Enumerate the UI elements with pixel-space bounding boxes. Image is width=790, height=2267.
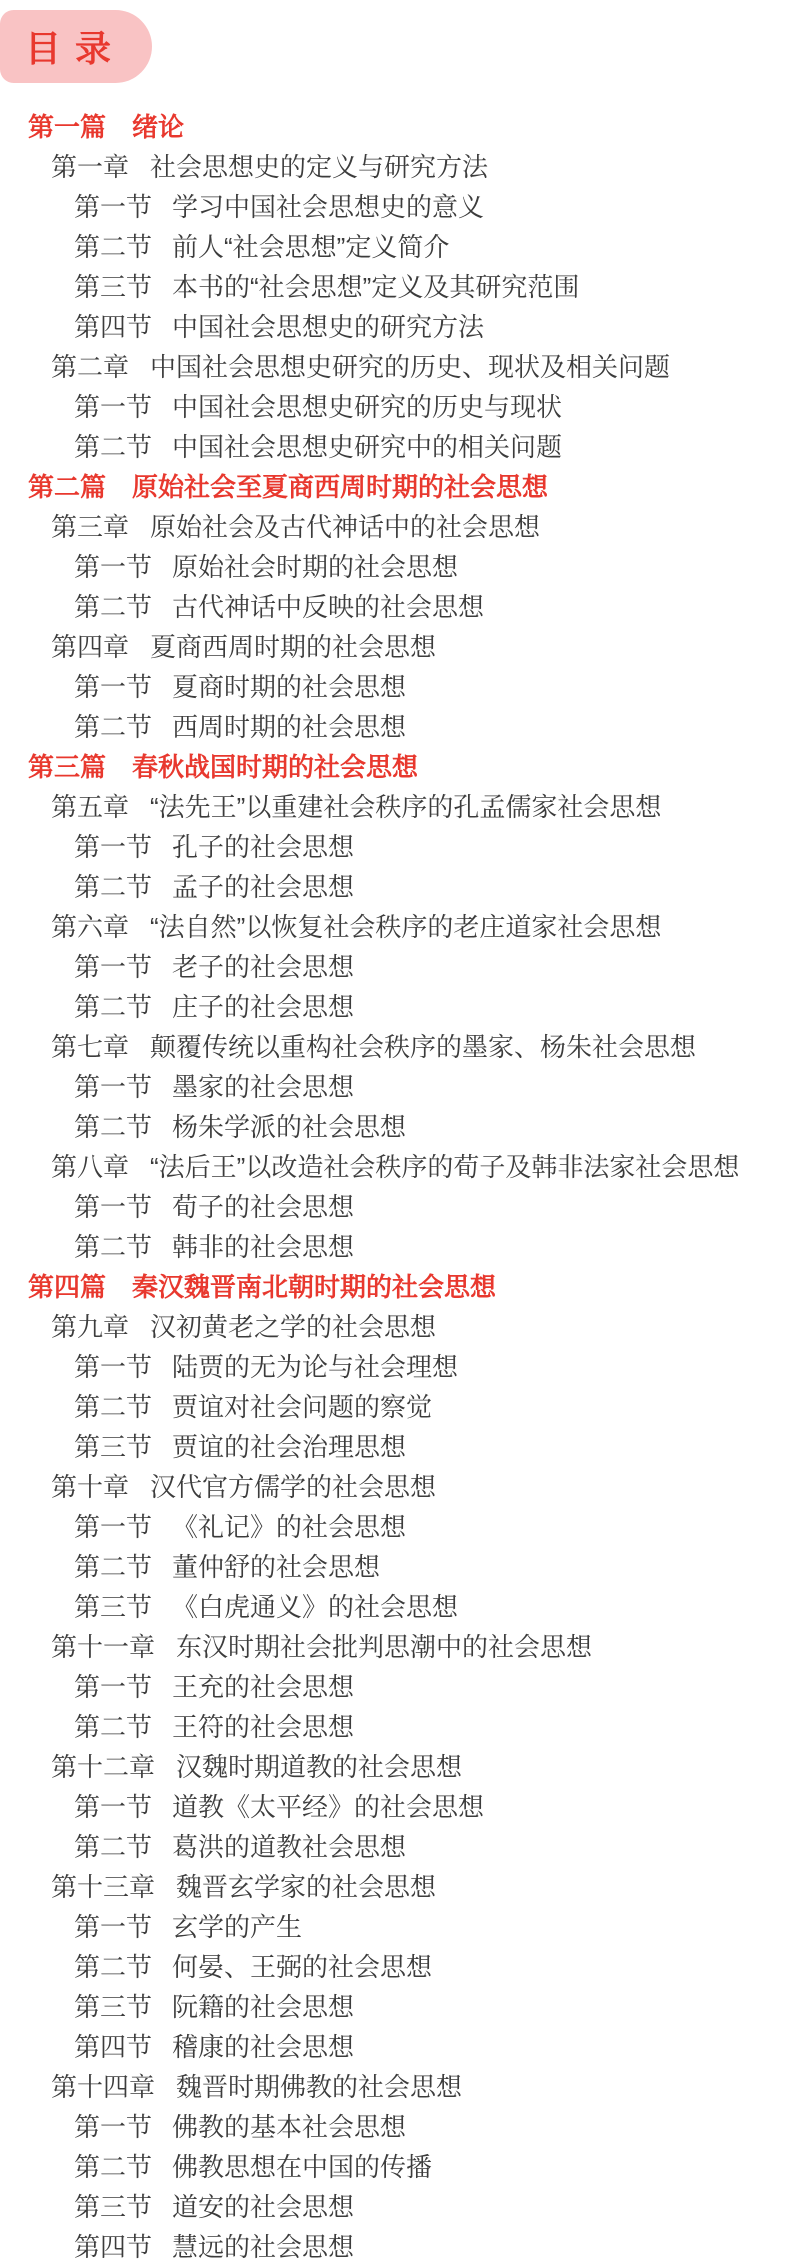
toc-entry-title: 庄子的社会思想: [172, 987, 354, 1027]
toc-entry: 第三节道安的社会思想: [0, 2187, 790, 2227]
toc-entry-title: 绪论: [132, 107, 184, 147]
toc-entry: 第一节玄学的产生: [0, 1907, 790, 1947]
toc-entry-label: 第一节: [74, 1507, 152, 1547]
toc-entry-title: 汉魏时期道教的社会思想: [176, 1747, 462, 1787]
toc-entry-title: 秦汉魏晋南北朝时期的社会思想: [132, 1267, 496, 1307]
toc-entry: 第一节荀子的社会思想: [0, 1187, 790, 1227]
toc-entry-label: 第二节: [74, 867, 152, 907]
toc-entry-title: 《礼记》的社会思想: [172, 1507, 406, 1547]
toc-entry-label: 第二章: [51, 347, 129, 387]
toc-entry: 第二节庄子的社会思想: [0, 987, 790, 1027]
toc-entry: 第四篇秦汉魏晋南北朝时期的社会思想: [0, 1267, 790, 1307]
toc-entry-title: 古代神话中反映的社会思想: [172, 587, 484, 627]
toc-entry-title: 原始社会时期的社会思想: [172, 547, 458, 587]
toc-entry-label: 第九章: [51, 1307, 129, 1347]
toc-entry: 第二节西周时期的社会思想: [0, 707, 790, 747]
toc-entry-label: 第三章: [51, 507, 129, 547]
toc-entry-label: 第二节: [74, 1707, 152, 1747]
toc-header-badge: 目 录: [0, 10, 152, 83]
toc-entry: 第二节韩非的社会思想: [0, 1227, 790, 1267]
toc-entry: 第二节董仲舒的社会思想: [0, 1547, 790, 1587]
toc-entry-label: 第十二章: [51, 1747, 155, 1787]
toc-entry-title: 汉初黄老之学的社会思想: [150, 1307, 436, 1347]
toc-entry: 第十二章汉魏时期道教的社会思想: [0, 1747, 790, 1787]
toc-entry-label: 第四节: [74, 307, 152, 347]
toc-entry-label: 第二节: [74, 2147, 152, 2187]
toc-entry: 第二节贾谊对社会问题的察觉: [0, 1387, 790, 1427]
toc-entry-title: 前人“社会思想”定义简介: [172, 227, 449, 267]
toc-entry: 第三节《白虎通义》的社会思想: [0, 1587, 790, 1627]
toc-entry-title: 原始社会至夏商西周时期的社会思想: [132, 467, 548, 507]
toc-entry-label: 第十四章: [51, 2067, 155, 2107]
toc-entry-title: 魏晋玄学家的社会思想: [176, 1867, 436, 1907]
toc-page: 目 录 第一篇绪论第一章社会思想史的定义与研究方法第一节学习中国社会思想史的意义…: [0, 0, 790, 2267]
toc-entry-label: 第四篇: [28, 1267, 106, 1307]
toc-entry-title: 陆贾的无为论与社会理想: [172, 1347, 458, 1387]
toc-entry: 第二节中国社会思想史研究中的相关问题: [0, 427, 790, 467]
toc-entry-label: 第二节: [74, 427, 152, 467]
toc-entry: 第一节原始社会时期的社会思想: [0, 547, 790, 587]
toc-entry-title: 《白虎通义》的社会思想: [172, 1587, 458, 1627]
toc-entry-title: 董仲舒的社会思想: [172, 1547, 380, 1587]
toc-entry-title: 王充的社会思想: [172, 1667, 354, 1707]
toc-entry-label: 第四章: [51, 627, 129, 667]
toc-entry: 第三章原始社会及古代神话中的社会思想: [0, 507, 790, 547]
toc-entry: 第二节何晏、王弼的社会思想: [0, 1947, 790, 1987]
toc-entry-label: 第一节: [74, 547, 152, 587]
toc-entry-title: 王符的社会思想: [172, 1707, 354, 1747]
toc-entry-label: 第七章: [51, 1027, 129, 1067]
toc-entry-label: 第一节: [74, 947, 152, 987]
toc-entry-label: 第六章: [51, 907, 129, 947]
toc-entry-label: 第一节: [74, 827, 152, 867]
toc-entry: 第七章颠覆传统以重构社会秩序的墨家、杨朱社会思想: [0, 1027, 790, 1067]
toc-entry: 第一节孔子的社会思想: [0, 827, 790, 867]
toc-entry-label: 第一节: [74, 1067, 152, 1107]
toc-entry-title: 学习中国社会思想史的意义: [172, 187, 484, 227]
toc-entry-title: 何晏、王弼的社会思想: [172, 1947, 432, 1987]
toc-entry-title: 老子的社会思想: [172, 947, 354, 987]
toc-entry: 第一节道教《太平经》的社会思想: [0, 1787, 790, 1827]
toc-entry: 第三节本书的“社会思想”定义及其研究范围: [0, 267, 790, 307]
toc-entry-title: 颠覆传统以重构社会秩序的墨家、杨朱社会思想: [150, 1027, 696, 1067]
toc-entry-title: 墨家的社会思想: [172, 1067, 354, 1107]
toc-entry-label: 第一节: [74, 387, 152, 427]
toc-entry-title: 魏晋时期佛教的社会思想: [176, 2067, 462, 2107]
toc-entry-label: 第一章: [51, 147, 129, 187]
toc-entry-label: 第三节: [74, 267, 152, 307]
toc-entry-title: 中国社会思想史研究的历史与现状: [172, 387, 562, 427]
toc-entry-title: 阮籍的社会思想: [172, 1987, 354, 2027]
toc-entry-label: 第一节: [74, 2107, 152, 2147]
toc-entry-title: 夏商西周时期的社会思想: [150, 627, 436, 667]
toc-entry-label: 第三节: [74, 1587, 152, 1627]
toc-entry-label: 第四节: [74, 2227, 152, 2267]
toc-entry-label: 第一节: [74, 1187, 152, 1227]
toc-entry: 第一节王充的社会思想: [0, 1667, 790, 1707]
toc-entry: 第一章社会思想史的定义与研究方法: [0, 147, 790, 187]
toc-entry-label: 第一篇: [28, 107, 106, 147]
toc-entry-label: 第一节: [74, 187, 152, 227]
toc-entry-label: 第一节: [74, 1347, 152, 1387]
toc-entry-label: 第二节: [74, 987, 152, 1027]
toc-entry-label: 第二节: [74, 1227, 152, 1267]
toc-entry-label: 第三节: [74, 1987, 152, 2027]
toc-entry-title: 道安的社会思想: [172, 2187, 354, 2227]
toc-entry-title: 杨朱学派的社会思想: [172, 1107, 406, 1147]
toc-list: 第一篇绪论第一章社会思想史的定义与研究方法第一节学习中国社会思想史的意义第二节前…: [0, 0, 790, 2267]
toc-entry-title: 稽康的社会思想: [172, 2027, 354, 2067]
toc-entry-title: 玄学的产生: [172, 1907, 302, 1947]
toc-entry-title: 孟子的社会思想: [172, 867, 354, 907]
toc-entry: 第一节学习中国社会思想史的意义: [0, 187, 790, 227]
toc-entry-label: 第十章: [51, 1467, 129, 1507]
toc-entry: 第四节慧远的社会思想: [0, 2227, 790, 2267]
toc-entry: 第二节葛洪的道教社会思想: [0, 1827, 790, 1867]
toc-entry: 第一节夏商时期的社会思想: [0, 667, 790, 707]
toc-entry-title: 韩非的社会思想: [172, 1227, 354, 1267]
toc-entry-label: 第十三章: [51, 1867, 155, 1907]
toc-entry-title: 中国社会思想史研究中的相关问题: [172, 427, 562, 467]
toc-entry-label: 第三节: [74, 2187, 152, 2227]
toc-entry-label: 第二节: [74, 1107, 152, 1147]
page-title: 目 录: [25, 21, 113, 72]
toc-entry: 第四节稽康的社会思想: [0, 2027, 790, 2067]
toc-entry: 第十三章魏晋玄学家的社会思想: [0, 1867, 790, 1907]
toc-entry-label: 第二节: [74, 1387, 152, 1427]
toc-entry: 第三节阮籍的社会思想: [0, 1987, 790, 2027]
toc-entry-title: 社会思想史的定义与研究方法: [150, 147, 488, 187]
toc-entry-label: 第三篇: [28, 747, 106, 787]
toc-entry: 第六章“法自然”以恢复社会秩序的老庄道家社会思想: [0, 907, 790, 947]
toc-entry-title: 荀子的社会思想: [172, 1187, 354, 1227]
toc-entry-title: “法先王”以重建社会秩序的孔孟儒家社会思想: [150, 787, 661, 827]
toc-entry: 第一节佛教的基本社会思想: [0, 2107, 790, 2147]
toc-entry-label: 第一节: [74, 1667, 152, 1707]
toc-entry-label: 第一节: [74, 667, 152, 707]
toc-entry-label: 第二节: [74, 707, 152, 747]
toc-entry-label: 第五章: [51, 787, 129, 827]
toc-entry-title: “法后王”以改造社会秩序的荀子及韩非法家社会思想: [150, 1147, 739, 1187]
toc-entry-label: 第二节: [74, 227, 152, 267]
toc-entry-title: 佛教思想在中国的传播: [172, 2147, 432, 2187]
toc-entry-title: 孔子的社会思想: [172, 827, 354, 867]
toc-entry-title: 中国社会思想史研究的历史、现状及相关问题: [150, 347, 670, 387]
toc-entry-label: 第一节: [74, 1907, 152, 1947]
toc-entry-title: 夏商时期的社会思想: [172, 667, 406, 707]
toc-entry: 第二节前人“社会思想”定义简介: [0, 227, 790, 267]
toc-entry: 第八章“法后王”以改造社会秩序的荀子及韩非法家社会思想: [0, 1147, 790, 1187]
toc-entry: 第三节贾谊的社会治理思想: [0, 1427, 790, 1467]
toc-entry-title: 春秋战国时期的社会思想: [132, 747, 418, 787]
toc-entry: 第十四章魏晋时期佛教的社会思想: [0, 2067, 790, 2107]
toc-entry: 第三篇春秋战国时期的社会思想: [0, 747, 790, 787]
toc-entry: 第一篇绪论: [0, 107, 790, 147]
toc-entry: 第二节王符的社会思想: [0, 1707, 790, 1747]
toc-entry-label: 第二节: [74, 587, 152, 627]
toc-entry: 第二章中国社会思想史研究的历史、现状及相关问题: [0, 347, 790, 387]
toc-entry-label: 第四节: [74, 2027, 152, 2067]
toc-entry: 第四章夏商西周时期的社会思想: [0, 627, 790, 667]
toc-entry: 第四节中国社会思想史的研究方法: [0, 307, 790, 347]
toc-entry: 第一节陆贾的无为论与社会理想: [0, 1347, 790, 1387]
toc-entry-title: 葛洪的道教社会思想: [172, 1827, 406, 1867]
toc-entry: 第五章“法先王”以重建社会秩序的孔孟儒家社会思想: [0, 787, 790, 827]
toc-entry-label: 第二节: [74, 1827, 152, 1867]
toc-entry-label: 第二篇: [28, 467, 106, 507]
toc-entry: 第一节老子的社会思想: [0, 947, 790, 987]
toc-entry-label: 第十一章: [51, 1627, 155, 1667]
toc-entry: 第十章汉代官方儒学的社会思想: [0, 1467, 790, 1507]
toc-entry: 第二篇原始社会至夏商西周时期的社会思想: [0, 467, 790, 507]
toc-entry-title: 西周时期的社会思想: [172, 707, 406, 747]
toc-entry-title: 东汉时期社会批判思潮中的社会思想: [176, 1627, 592, 1667]
toc-entry-label: 第八章: [51, 1147, 129, 1187]
toc-entry-title: 贾谊的社会治理思想: [172, 1427, 406, 1467]
toc-entry: 第二节古代神话中反映的社会思想: [0, 587, 790, 627]
toc-entry-label: 第二节: [74, 1547, 152, 1587]
toc-entry: 第一节墨家的社会思想: [0, 1067, 790, 1107]
toc-entry: 第二节佛教思想在中国的传播: [0, 2147, 790, 2187]
toc-entry-title: 道教《太平经》的社会思想: [172, 1787, 484, 1827]
toc-entry-title: 汉代官方儒学的社会思想: [150, 1467, 436, 1507]
toc-entry-label: 第一节: [74, 1787, 152, 1827]
toc-entry-title: 慧远的社会思想: [172, 2227, 354, 2267]
toc-entry: 第一节《礼记》的社会思想: [0, 1507, 790, 1547]
toc-entry: 第九章汉初黄老之学的社会思想: [0, 1307, 790, 1347]
toc-entry-title: 原始社会及古代神话中的社会思想: [150, 507, 540, 547]
toc-entry-title: “法自然”以恢复社会秩序的老庄道家社会思想: [150, 907, 661, 947]
toc-entry: 第二节孟子的社会思想: [0, 867, 790, 907]
toc-entry-title: 本书的“社会思想”定义及其研究范围: [172, 267, 579, 307]
toc-entry-label: 第二节: [74, 1947, 152, 1987]
toc-entry: 第一节中国社会思想史研究的历史与现状: [0, 387, 790, 427]
toc-entry-title: 中国社会思想史的研究方法: [172, 307, 484, 347]
toc-entry-label: 第三节: [74, 1427, 152, 1467]
toc-entry-title: 贾谊对社会问题的察觉: [172, 1387, 432, 1427]
toc-entry: 第二节杨朱学派的社会思想: [0, 1107, 790, 1147]
toc-entry: 第十一章东汉时期社会批判思潮中的社会思想: [0, 1627, 790, 1667]
toc-entry-title: 佛教的基本社会思想: [172, 2107, 406, 2147]
